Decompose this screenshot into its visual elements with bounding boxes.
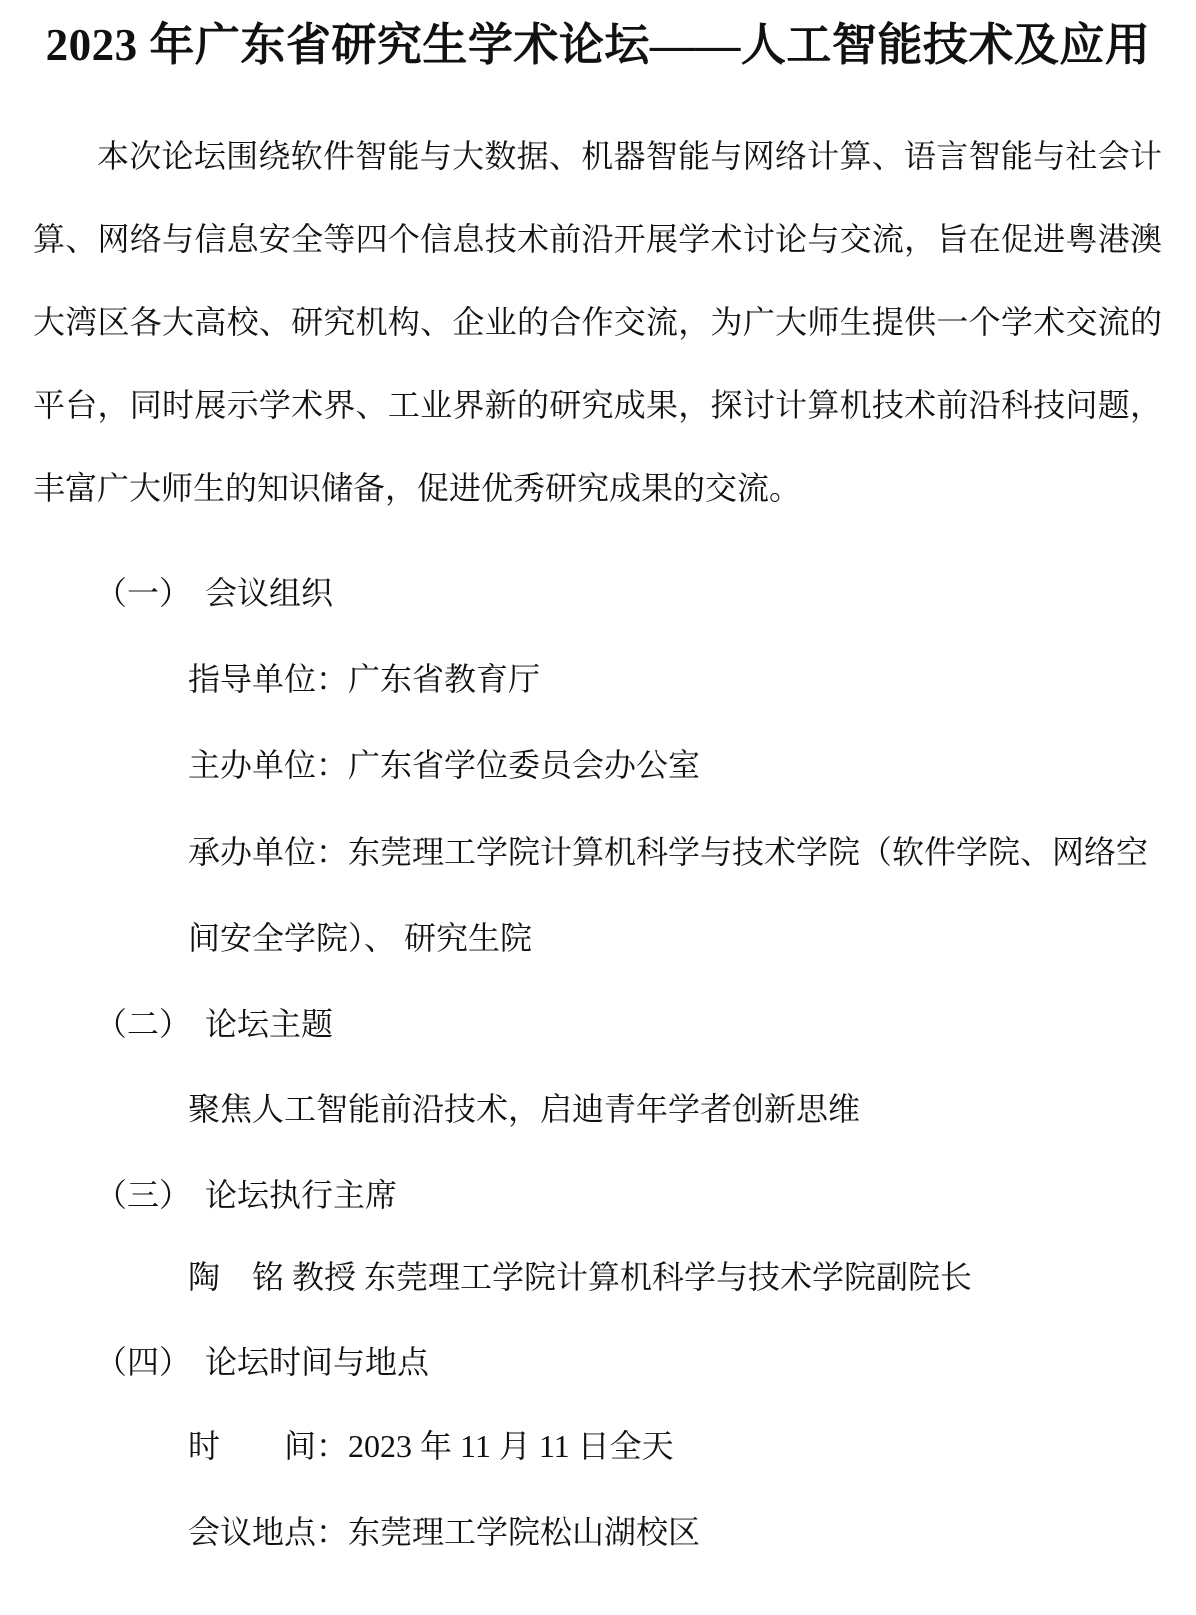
- section-title-1: 会议组织: [205, 573, 333, 613]
- intro-paragraph-line-4: 平台，同时展示学术界、工业界新的研究成果，探讨计算机技术前沿科技问题，: [33, 385, 1162, 425]
- executive-chair-line: 陶 铭 教授 东莞理工学院计算机科学与技术学院副院长: [188, 1257, 972, 1297]
- forum-theme-line: 聚焦人工智能前沿技术，启迪青年学者创新思维: [188, 1089, 860, 1129]
- section-heading-4: （四）论坛时间与地点: [95, 1342, 429, 1382]
- section-number-1: （一）: [95, 573, 191, 613]
- forum-venue-line: 会议地点：东莞理工学院松山湖校区: [188, 1512, 700, 1552]
- intro-paragraph-line-3: 大湾区各大高校、研究机构、企业的合作交流，为广大师生提供一个学术交流的: [33, 302, 1162, 342]
- section-title-3: 论坛执行主席: [205, 1175, 397, 1215]
- guidance-unit-line: 指导单位：广东省教育厅: [188, 659, 540, 699]
- document-title: 2023 年广东省研究生学术论坛——人工智能技术及应用: [0, 20, 1196, 72]
- section-number-4: （四）: [95, 1342, 191, 1382]
- section-heading-2: （二）论坛主题: [95, 1004, 333, 1044]
- intro-paragraph-line-5: 丰富广大师生的知识储备，促进优秀研究成果的交流。: [33, 468, 1162, 508]
- host-unit-line: 主办单位：广东省学位委员会办公室: [188, 745, 700, 785]
- section-heading-1: （一）会议组织: [95, 573, 333, 613]
- intro-paragraph-line-2: 算、网络与信息安全等四个信息技术前沿开展学术讨论与交流，旨在促进粤港澳: [33, 219, 1162, 259]
- section-number-2: （二）: [95, 1004, 191, 1044]
- document-page: 2023 年广东省研究生学术论坛——人工智能技术及应用 本次论坛围绕软件智能与大…: [0, 0, 1196, 1615]
- intro-paragraph-line-1: 本次论坛围绕软件智能与大数据、机器智能与网络计算、语言智能与社会计: [33, 136, 1162, 176]
- section-title-2: 论坛主题: [205, 1004, 333, 1044]
- organizer-unit-line-2: 间安全学院）、 研究生院: [188, 918, 532, 958]
- forum-time-line: 时 间：2023 年 11 月 11 日全天: [188, 1426, 674, 1466]
- section-heading-3: （三）论坛执行主席: [95, 1175, 397, 1215]
- section-number-3: （三）: [95, 1175, 191, 1215]
- section-title-4: 论坛时间与地点: [205, 1342, 429, 1382]
- organizer-unit-line-1: 承办单位：东莞理工学院计算机科学与技术学院（软件学院、网络空: [188, 832, 1148, 872]
